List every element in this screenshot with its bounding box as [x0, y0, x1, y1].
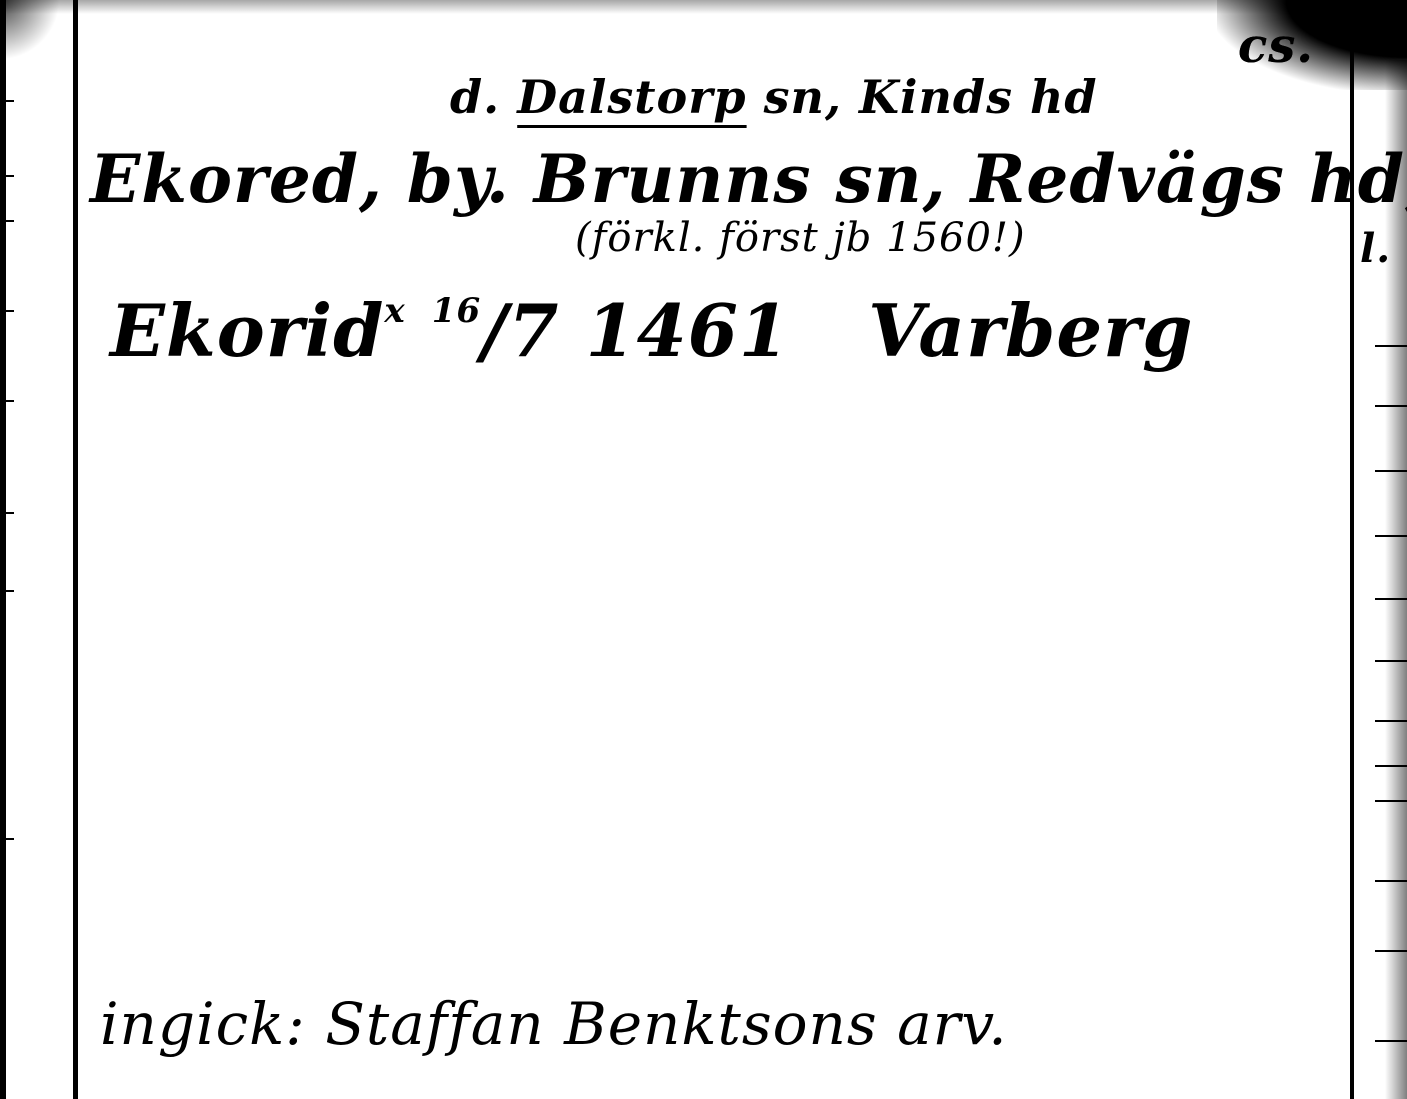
left-edge-tick — [0, 220, 14, 222]
left-edge-tick — [0, 175, 14, 177]
footer-note: ingick: Staffan Benktsons arv. — [100, 990, 1008, 1058]
right-edge-tick — [1375, 1040, 1407, 1042]
margin-mark: l. — [1360, 225, 1391, 272]
prefix: d. — [450, 70, 500, 124]
attestation-line: Ekoridx 16/7 1461 Varberg — [110, 288, 1193, 373]
right-edge-tick — [1375, 660, 1407, 662]
header-line-location: d. Dalstorp sn, Kinds hd — [450, 70, 1098, 124]
left-edge-tick — [0, 590, 14, 592]
date-day: 16 — [432, 291, 481, 331]
right-edge-tick — [1375, 950, 1407, 952]
corner-mark: cs. — [1238, 18, 1314, 74]
parish-name: Dalstorp — [517, 70, 746, 124]
left-edge-tick — [0, 400, 14, 402]
scan-edge-top — [0, 0, 1407, 14]
right-edge-tick — [1375, 535, 1407, 537]
right-edge-tick — [1375, 470, 1407, 472]
archive-card: cs. d. Dalstorp sn, Kinds hd Ekored, by.… — [0, 0, 1407, 1099]
right-edge-tick — [1375, 720, 1407, 722]
marker: x — [384, 291, 405, 331]
right-edge-tick — [1375, 765, 1407, 767]
right-edge-tick — [1375, 345, 1407, 347]
entry-note: (förkl. först jb 1560!) — [575, 215, 1026, 261]
left-edge-tick — [0, 100, 14, 102]
district-name: Kinds hd — [859, 70, 1098, 124]
right-edge-tick — [1375, 598, 1407, 600]
right-edge-tick — [1375, 880, 1407, 882]
entry-headword-line: Ekored, by. Brunns sn, Redvägs hd, Elfsb… — [90, 140, 1407, 218]
right-edge-tick — [1375, 405, 1407, 407]
parish-suffix: sn, — [764, 70, 842, 124]
attested-form: Ekorid — [110, 288, 384, 373]
scan-corner-top-left — [0, 0, 60, 60]
left-edge-tick — [0, 512, 14, 514]
right-edge-tick — [1375, 800, 1407, 802]
date-rest: /7 1461 — [481, 288, 790, 373]
scan-edge-left — [0, 0, 6, 1099]
left-edge-tick — [0, 310, 14, 312]
left-edge-tick — [0, 838, 14, 840]
left-margin-rule — [73, 0, 78, 1099]
attestation-place: Varberg — [868, 288, 1193, 373]
